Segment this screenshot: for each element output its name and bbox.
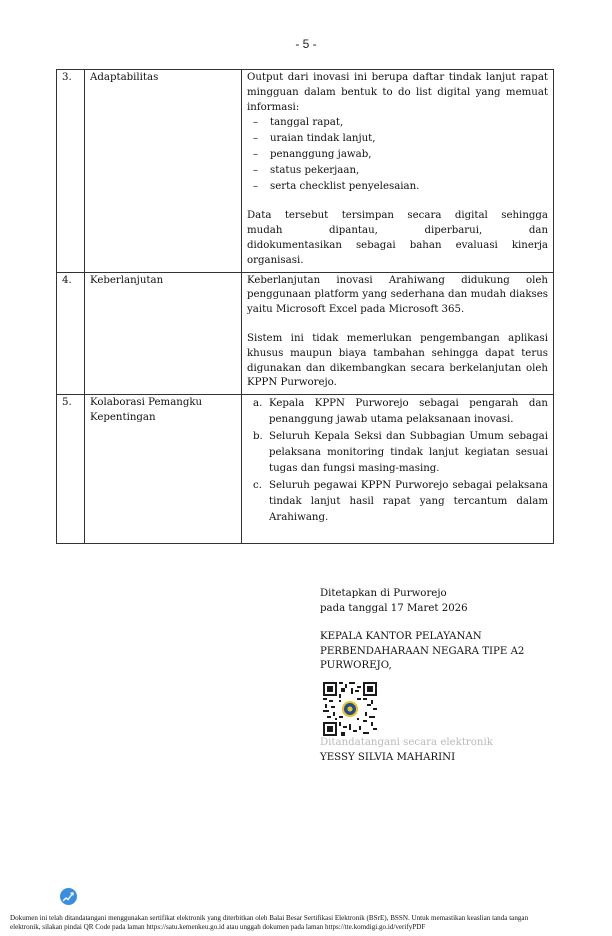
table-row: 5. Kolaborasi Pemangku Kepentingan a. Ke…: [57, 395, 554, 544]
signer-position-line: PERBENDAHARAAN NEGARA TIPE A2: [320, 645, 580, 660]
list-item: a. Kepala KPPN Purworejo sebagai pengara…: [247, 396, 548, 428]
signer-position-line: PURWOREJO,: [320, 659, 580, 674]
electronic-signature-note: Ditandatangani secara elektronik: [320, 736, 580, 751]
stakeholder-list: a. Kepala KPPN Purworejo sebagai pengara…: [247, 396, 548, 526]
bsre-signature-logo-icon: [60, 888, 77, 905]
list-item: serta checklist penyelesaian.: [253, 179, 548, 195]
row-description: a. Kepala KPPN Purworejo sebagai pengara…: [242, 395, 554, 544]
list-item: status pekerjaan,: [253, 163, 548, 179]
list-item: c. Seluruh pegawai KPPN Purworejo sebaga…: [247, 478, 548, 526]
row-number: 5.: [57, 395, 85, 544]
row-number: 4.: [57, 272, 85, 395]
description-closing-line: mudah dipantau, diperbarui, dan: [247, 224, 548, 239]
signing-place: Ditetapkan di Purworejo: [320, 587, 580, 602]
row-description: Keberlanjutan inovasi Arahiwang didukung…: [242, 272, 554, 395]
list-item: penanggung jawab,: [253, 147, 548, 163]
list-item: tanggal rapat,: [253, 115, 548, 131]
description-closing-rest: didokumentasikan sebagai bahan evaluasi …: [247, 239, 548, 269]
footer-note-line: elektronik, silakan pindai QR Code pada …: [10, 923, 610, 932]
description-intro: Output dari inovasi ini berupa daftar ti…: [247, 71, 548, 115]
signing-date: pada tanggal 17 Maret 2026: [320, 602, 580, 617]
list-item-text: Seluruh pegawai KPPN Purworejo sebagai p…: [269, 480, 548, 523]
list-marker: a.: [253, 396, 262, 412]
electronic-signature-footer: Dokumen ini telah ditandatangani menggun…: [10, 914, 610, 932]
row-description: Output dari inovasi ini berupa daftar ti…: [242, 70, 554, 273]
row-aspect: Adaptabilitas: [85, 70, 242, 273]
row-number: 3.: [57, 70, 85, 273]
signature-block: Ditetapkan di Purworejo pada tanggal 17 …: [320, 587, 580, 765]
information-list: tanggal rapat, uraian tindak lanjut, pen…: [247, 115, 548, 195]
row-aspect: Kolaborasi Pemangku Kepentingan: [85, 395, 242, 544]
description-paragraph: Keberlanjutan inovasi Arahiwang didukung…: [247, 274, 548, 318]
description-closing-line: Data tersebut tersimpan secara digital s…: [247, 209, 548, 224]
list-marker: c.: [253, 478, 262, 494]
footer-note-line: Dokumen ini telah ditandatangani menggun…: [10, 914, 610, 923]
row-aspect: Keberlanjutan: [85, 272, 242, 395]
table-row: 3. Adaptabilitas Output dari inovasi ini…: [57, 70, 554, 273]
table-row: 4. Keberlanjutan Keberlanjutan inovasi A…: [57, 272, 554, 395]
description-paragraph: Sistem ini tidak memerlukan pengembangan…: [247, 332, 548, 391]
qr-code-icon: [323, 682, 377, 736]
list-marker: b.: [253, 429, 263, 445]
list-item: b. Seluruh Kepala Seksi dan Subbagian Um…: [247, 429, 548, 477]
list-item-text: Seluruh Kepala Seksi dan Subbagian Umum …: [269, 431, 548, 474]
signer-position-line: KEPALA KANTOR PELAYANAN: [320, 630, 580, 645]
page-number: - 5 -: [0, 37, 612, 51]
signer-name: YESSY SILVIA MAHARINI: [320, 751, 580, 766]
list-item: uraian tindak lanjut,: [253, 131, 548, 147]
list-item-text: Kepala KPPN Purworejo sebagai pengarah d…: [269, 398, 548, 425]
innovation-aspects-table: 3. Adaptabilitas Output dari inovasi ini…: [56, 69, 554, 544]
